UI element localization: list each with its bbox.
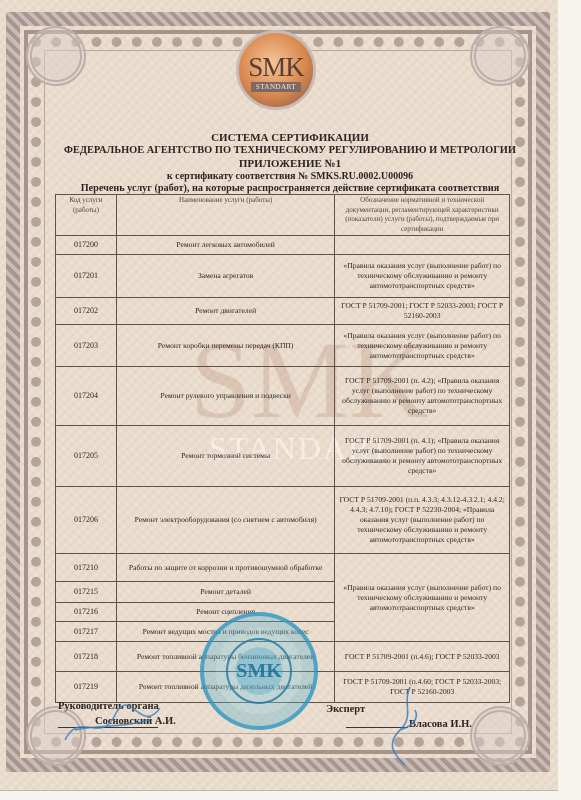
service-code: 017205 (56, 426, 117, 487)
service-name: Ремонт тормозной системы (116, 426, 334, 487)
service-name: Ремонт деталей (116, 582, 334, 603)
service-regulatory-docs: «Правила оказания услуг (выполнение рабо… (335, 325, 510, 367)
expert-label: Эксперт (326, 704, 365, 715)
table-row: 017205Ремонт тормозной системыГОСТ Р 517… (56, 426, 510, 487)
table-row: 017202Ремонт двигателейГОСТ Р 51709-2001… (56, 298, 510, 325)
service-name: Ремонт электрооборудования (со снятием с… (116, 487, 334, 554)
service-name: Замена агрегатов (116, 255, 334, 298)
service-code: 017206 (56, 487, 117, 554)
service-code: 017203 (56, 325, 117, 367)
service-code: 017217 (56, 622, 117, 642)
table-row: 017200Ремонт легковых автомобилей (56, 236, 510, 255)
table-row: 017206Ремонт электрооборудования (со сня… (56, 487, 510, 554)
column-header-code: Код услуги (работы) (56, 195, 117, 236)
table-row: 017203Ремонт коробки перемены передач (К… (56, 325, 510, 367)
service-code: 017204 (56, 367, 117, 426)
service-regulatory-docs: ГОСТ Р 51709-2001 (п.п. 4.3.3; 4.3.12-4.… (335, 487, 510, 554)
services-list-title: Перечень услуг (работ), на которые распр… (40, 183, 540, 194)
corner-ornament-icon (470, 706, 530, 766)
smk-logo: SMK STANDART (236, 30, 316, 110)
corner-ornament-icon (470, 26, 530, 86)
expert-signature-icon (380, 685, 430, 770)
service-code: 017218 (56, 642, 117, 672)
service-regulatory-docs: «Правила оказания услуг (выполнение рабо… (335, 554, 510, 642)
table-row: 017210Работы по защите от коррозии и про… (56, 554, 510, 582)
service-regulatory-docs: ГОСТ Р 51709-2001 (п. 4.1); «Правила ока… (335, 426, 510, 487)
table-row: 017201Замена агрегатов«Правила оказания … (56, 255, 510, 298)
service-code: 017200 (56, 236, 117, 255)
service-name: Ремонт рулевого управления и подвески (116, 367, 334, 426)
column-header-docs: Обозначение нормативной и технической до… (335, 195, 510, 236)
certification-system-title: СИСТЕМА СЕРТИФИКАЦИИ (40, 132, 540, 144)
service-regulatory-docs: ГОСТ Р 51709-2001 (п.4.6); ГОСТ Р 52033-… (335, 642, 510, 672)
logo-subtext: STANDART (251, 82, 301, 92)
service-name: Ремонт легковых автомобилей (116, 236, 334, 255)
service-regulatory-docs: «Правила оказания услуг (выполнение рабо… (335, 255, 510, 298)
service-name: Ремонт сцепления (116, 603, 334, 622)
stamp-logo: SMK (226, 638, 292, 704)
certificate-paper: SMK STANDART SMK STANDART СИСТЕМА СЕРТИФ… (0, 0, 558, 791)
corner-ornament-icon (26, 26, 86, 86)
service-regulatory-docs: ГОСТ Р 51709-2001; ГОСТ Р 52033-2003; ГО… (335, 298, 510, 325)
service-code: 017201 (56, 255, 117, 298)
official-stamp: SMK (200, 612, 318, 730)
agency-title: ФЕДЕРАЛЬНОЕ АГЕНТСТВО ПО ТЕХНИЧЕСКОМУ РЕ… (40, 145, 540, 156)
service-code: 017219 (56, 672, 117, 703)
service-regulatory-docs: ГОСТ Р 51709-2001 (п. 4.2); «Правила ока… (335, 367, 510, 426)
service-name: Ремонт коробки перемены передач (КПП) (116, 325, 334, 367)
service-name: Работы по защите от коррозии и противошу… (116, 554, 334, 582)
service-code: 017216 (56, 603, 117, 622)
service-code: 017210 (56, 554, 117, 582)
head-signature-icon (60, 700, 170, 750)
column-header-name: Наименование услуги (работы) (116, 195, 334, 236)
service-code: 017215 (56, 582, 117, 603)
service-name: Ремонт двигателей (116, 298, 334, 325)
logo-text: SMK (248, 54, 304, 80)
certificate-reference: к сертификату соответствия № SMKS.RU.000… (40, 171, 540, 182)
service-regulatory-docs (335, 236, 510, 255)
table-row: 017204Ремонт рулевого управления и подве… (56, 367, 510, 426)
service-code: 017202 (56, 298, 117, 325)
appendix-title: ПРИЛОЖЕНИЕ №1 (40, 158, 540, 170)
